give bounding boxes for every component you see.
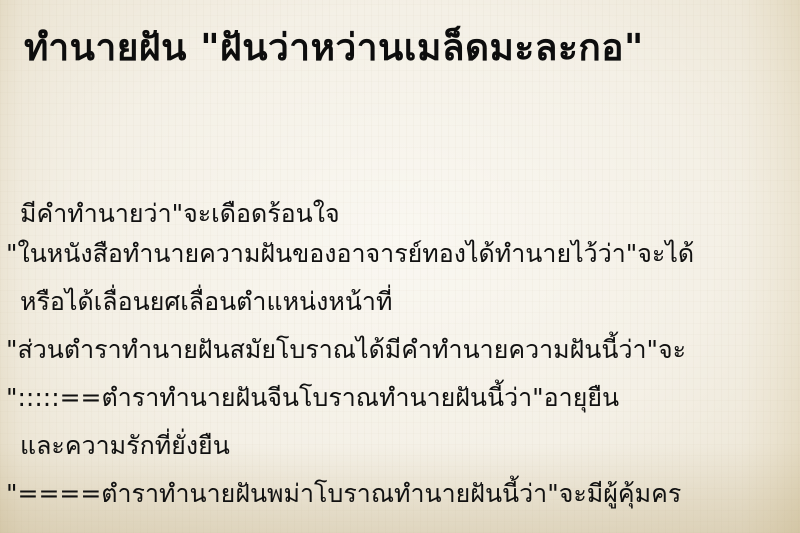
text-line-2: "ในหนังสือทำนายความฝันของอาจารย์ทองได้ทำ… — [6, 238, 694, 270]
text-line-7: "====ตำราทำนายฝันพม่าโบราณทำนายฝันนี้ว่า… — [6, 478, 681, 510]
text-line-1: มีคำทำนายว่า"จะเดือดร้อนใจ — [20, 198, 340, 230]
page-title: ทำนายฝัน "ฝันว่าหว่านเมล็ดมะละกอ" — [24, 18, 644, 77]
text-line-5: ":::::==ตำราทำนายฝันจีนโบราณทำนายฝันนี้ว… — [6, 382, 619, 414]
text-line-3: หรือได้เลื่อนยศเลื่อนตำแหน่งหน้าที่ — [20, 286, 392, 318]
text-line-6: และความรักที่ยั่งยืน — [20, 430, 230, 462]
text-line-4: "ส่วนตำราทำนายฝันสมัยโบราณได้มีคำทำนายคว… — [6, 334, 686, 366]
